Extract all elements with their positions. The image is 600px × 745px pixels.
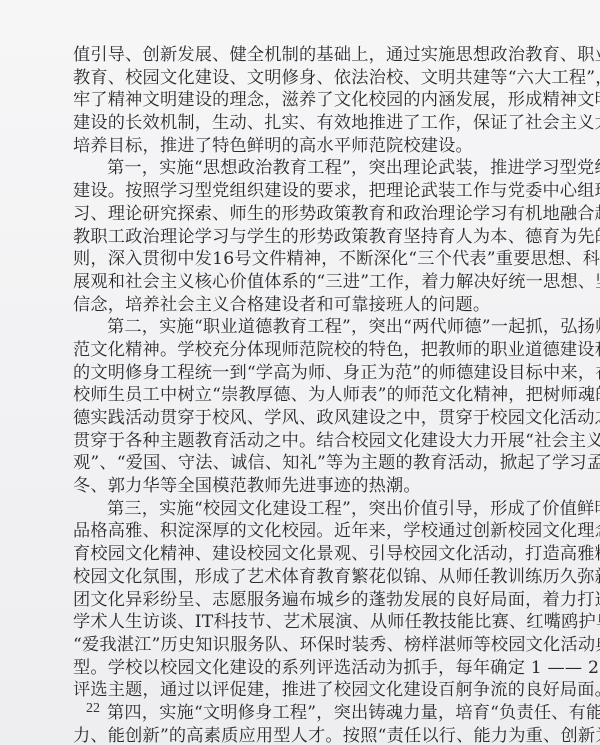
text-line: 教育、校园文化建设、文明修身、依法治校、文明共建等“六大工程”，铸 xyxy=(73,67,538,90)
text-line: 学术人生访谈、IT科技节、艺术展演、从师任教技能比赛、红嘴鸥护鸟队、 xyxy=(73,611,538,634)
text-line: 建设。按照学习型党组织建设的要求，把理论武装工作与党委中心组理论学 xyxy=(73,180,538,203)
text-line: 校园文化氛围，形成了艺术体育教育繁花似锦、从师任教训练历久弥新、社 xyxy=(73,566,538,589)
page-number: 22 xyxy=(86,701,100,717)
text-line: 型。学校以校园文化建设的系列评选活动为抓手，每年确定 1 —— 2 个重点 xyxy=(73,657,538,680)
paragraph-first-line: 第二，实施“职业道德教育工程”，突出“两代师德”一起抓，弘扬师 xyxy=(73,316,538,339)
text-line: 观”、“爱国、守法、诚信、知礼”等为主题的教育活动，掀起了学习孟二 xyxy=(73,452,538,475)
text-line: 值引导、创新发展、健全机制的基础上，通过实施思想政治教育、职业道德 xyxy=(73,44,538,67)
paragraph-first-line: 第一，实施“思想政治教育工程”，突出理论武装，推进学习型党组织 xyxy=(73,157,538,180)
text-line: 习、理论研究探索、师生的形势政策教育和政治理论学习有机地融合起来。 xyxy=(73,203,538,226)
text-line: 德实践活动贯穿于校风、学风、政风建设之中，贯穿于校园文化活动之中， xyxy=(73,407,538,430)
text-line: 团文化异彩纷呈、志愿服务遍布城乡的蓬勃发展的良好局面，着力打造了 xyxy=(73,589,538,612)
body-text: 值引导、创新发展、健全机制的基础上，通过实施思想政治教育、职业道德教育、校园文化… xyxy=(73,44,538,745)
text-line: 力、能创新”的高素质应用型人才。按照“责任以行、能力为重、创新为 xyxy=(73,725,538,745)
text-line: 则，深入贯彻中发16号文件精神，不断深化“三个代表”重要思想、科学发 xyxy=(73,248,538,271)
text-line: 冬、郭力华等全国模范教师先进事迹的热潮。 xyxy=(73,475,538,498)
text-line: 建设的长效机制，生动、扎实、有效地推进了工作，保证了社会主义大学的 xyxy=(73,112,538,135)
text-line: 信念，培养社会主义合格建设者和可靠接班人的问题。 xyxy=(73,294,538,317)
document-page: 值引导、创新发展、健全机制的基础上，通过实施思想政治教育、职业道德教育、校园文化… xyxy=(0,0,600,745)
text-line: 品格高雅、积淀深厚的文化校园。近年来，学校通过创新校园文化理念、培 xyxy=(73,520,538,543)
text-line: 育校园文化精神、建设校园文化景观、引导校园文化活动，打造高雅精致的 xyxy=(73,543,538,566)
text-line: 教职工政治理论学习与学生的形势政策教育坚持育人为本、德育为先的原 xyxy=(73,226,538,249)
text-line: 展观和社会主义核心价值体系的“三进”工作，着力解决好统一思想、坚定 xyxy=(73,271,538,294)
text-line: 范文化精神。学校充分体现师范院校的特色，把教师的职业道德建设和学生 xyxy=(73,339,538,362)
text-line: 培养目标，推进了特色鲜明的高水平师范院校建设。 xyxy=(73,135,538,158)
text-line: 贯穿于各种主题教育活动之中。结合校园文化建设大力开展“社会主义荣辱 xyxy=(73,430,538,453)
paragraph-first-line: 第三，实施“校园文化建设工程”，突出价值引导，形成了价值鲜明、 xyxy=(73,498,538,521)
text-line: 的文明修身工程统一到“学高为师、身正为范”的师德建设目标中来，在全 xyxy=(73,362,538,385)
text-line: 校师生员工中树立“崇教厚德、为人师表”的师范文化精神，把树师魂的道 xyxy=(73,384,538,407)
text-line: 评选主题，通过以评促建，推进了校园文化建设百舸争流的良好局面。 xyxy=(73,679,538,702)
text-line: 牢了精神文明建设的理念，滋养了文化校园的内涵发展，形成精神文明重在 xyxy=(73,89,538,112)
paragraph-first-line: 第四，实施“文明修身工程”，突出铸魂力量，培育“负责任、有能 xyxy=(73,702,538,725)
text-line: “爱我湛江”历史知识服务队、环保时装秀、榜样湛师等校园文化活动典 xyxy=(73,634,538,657)
